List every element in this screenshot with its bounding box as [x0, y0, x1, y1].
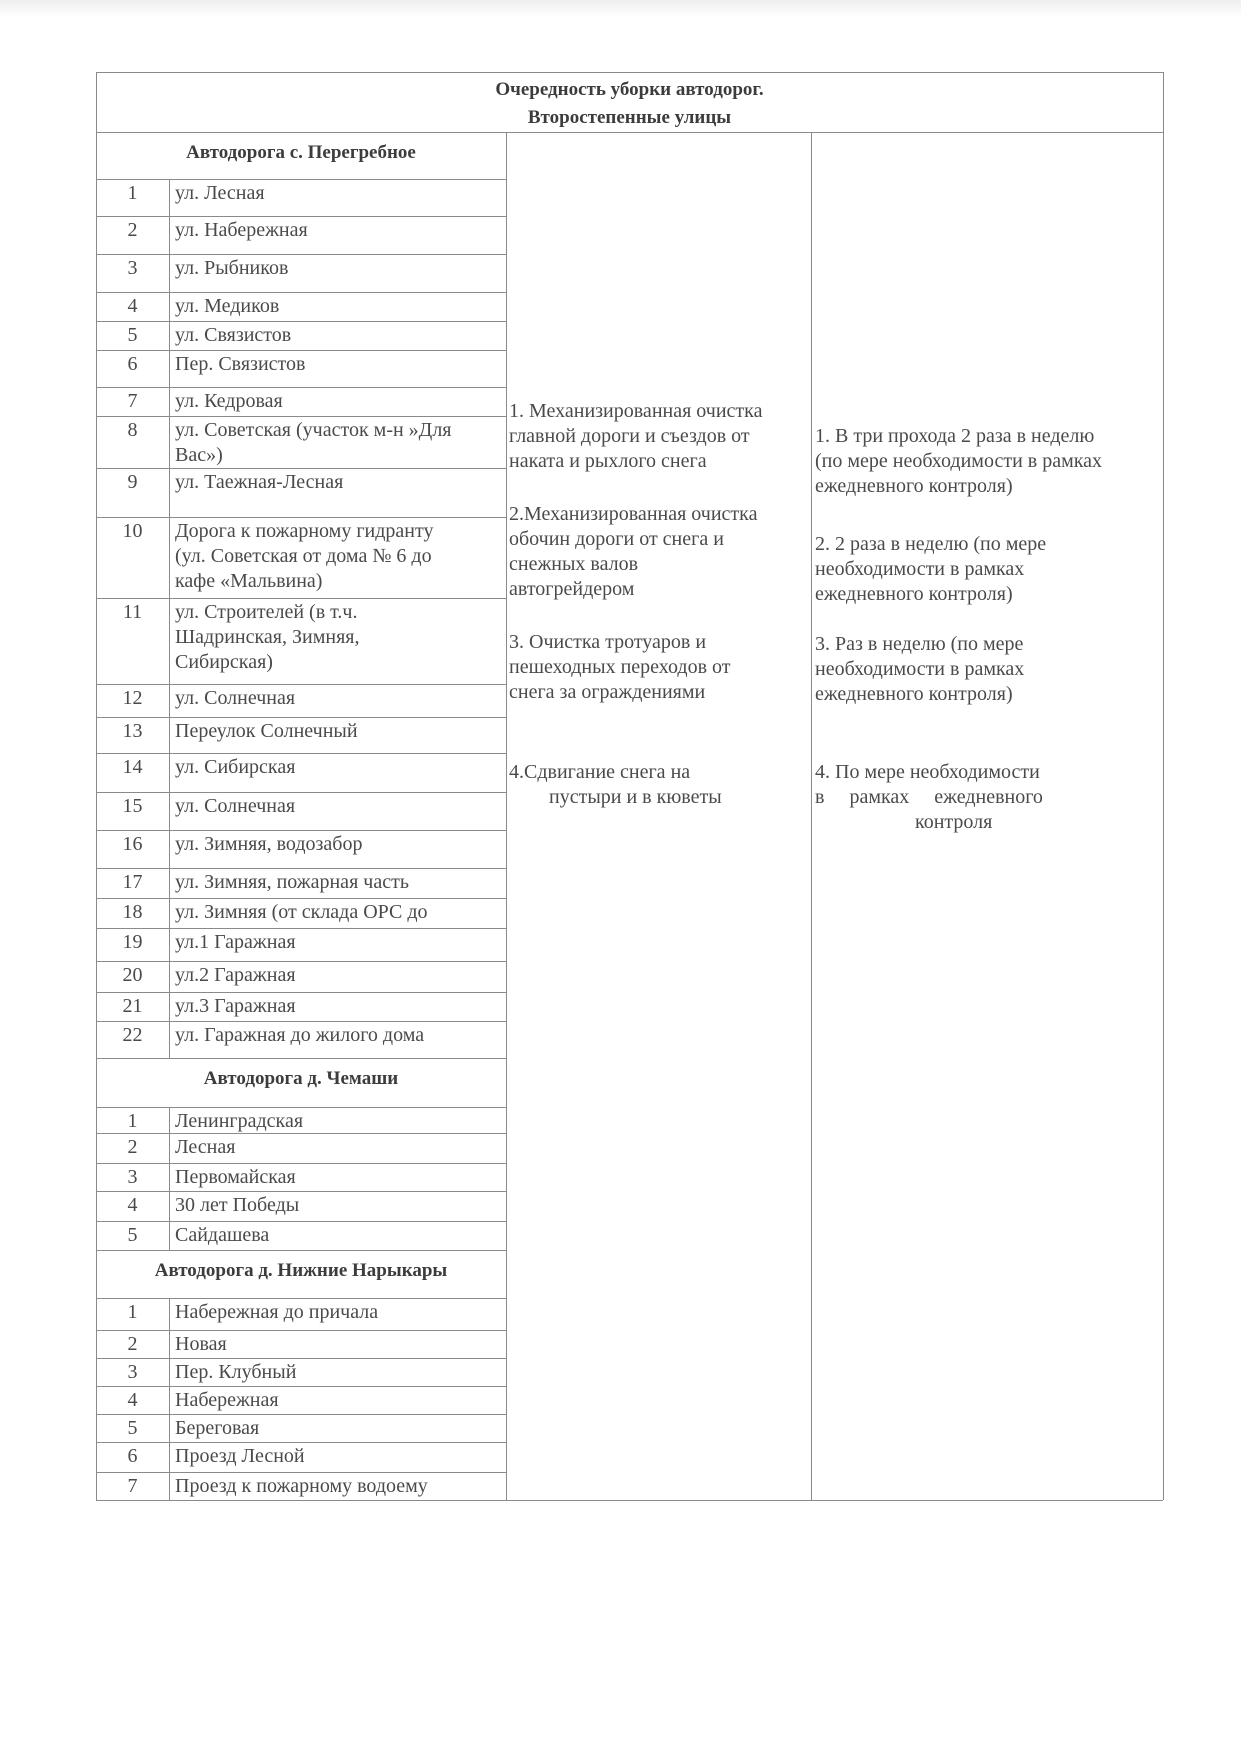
street-name-line: ул. Солнечная [175, 686, 295, 711]
frequency-item: 2. 2 раза в неделю (по меренеобходимости… [815, 532, 1046, 607]
row-number: 6 [96, 352, 169, 377]
section-heading: Автодорога д. Чемаши [96, 1066, 506, 1091]
street-name-line: Набережная [175, 1388, 279, 1413]
row-number: 4 [96, 1193, 169, 1218]
street-name-line: ул. Сибирская [175, 755, 295, 780]
street-name-line: ул. Рыбников [175, 256, 288, 281]
street-name-line: ул. Медиков [175, 294, 279, 319]
section-heading: Автодорога д. Нижние Нарыкары [96, 1258, 506, 1283]
table-row: 430 лет Победы [96, 1191, 506, 1221]
row-number: 18 [96, 900, 169, 925]
row-number: 15 [96, 794, 169, 819]
street-name: ул. Рыбников [175, 256, 288, 281]
table-row: 5Сайдашева [96, 1221, 506, 1250]
table-row: 5ул. Связистов [96, 321, 506, 350]
street-name: Первомайская [175, 1165, 296, 1190]
frequency-item-line: ежедневного контроля) [815, 582, 1046, 607]
frequency-item-line: ежедневного контроля) [815, 474, 1102, 499]
frequency-item-line: (по мере необходимости в рамках [815, 449, 1102, 474]
street-name-line: ул. Зимняя, водозабор [175, 832, 362, 857]
street-name: Пер. Связистов [175, 352, 305, 377]
table-row: 4ул. Медиков [96, 292, 506, 321]
work-item-line: пешеходных переходов от [509, 655, 731, 680]
street-name: ул. Сибирская [175, 755, 295, 780]
street-name-line: Ленинградская [175, 1109, 303, 1134]
street-name: ул. Гаражная до жилого дома [175, 1023, 424, 1048]
row-border [96, 1058, 506, 1059]
table-row: 3Пер. Клубный [96, 1358, 506, 1386]
street-name: ул. Таежная-Лесная [175, 470, 343, 495]
work-item: 2.Механизированная очисткаобочин дороги … [509, 502, 757, 602]
work-item-line: наката и рыхлого снега [509, 449, 762, 474]
row-number: 3 [96, 256, 169, 281]
work-item-line: пустыри и в кюветы [509, 785, 722, 810]
street-name: ул. Набережная [175, 218, 308, 243]
street-name-line: Набережная до причала [175, 1300, 378, 1325]
table-row: 11ул. Строителей (в т.ч.Шадринская, Зимн… [96, 598, 506, 684]
table-row: 16ул. Зимняя, водозабор [96, 830, 506, 868]
row-number: 21 [96, 994, 169, 1019]
street-name-line: Первомайская [175, 1165, 296, 1190]
street-name: ул.3 Гаражная [175, 994, 296, 1019]
street-name: ул. Зимняя, водозабор [175, 832, 362, 857]
street-name-line: ул. Таежная-Лесная [175, 470, 343, 495]
table-row: 22ул. Гаражная до жилого дома [96, 1021, 506, 1058]
table-right-border [1163, 72, 1164, 1500]
street-name: ул. Медиков [175, 294, 279, 319]
row-border [96, 1500, 506, 1501]
row-number: 2 [96, 1135, 169, 1160]
street-name-line: Береговая [175, 1416, 259, 1441]
frequency-item-line: ежедневного контроля) [815, 682, 1024, 707]
row-number: 3 [96, 1165, 169, 1190]
street-name-line: Проезд Лесной [175, 1444, 305, 1469]
street-name-line: ул. Лесная [175, 181, 265, 206]
row-number: 6 [96, 1444, 169, 1469]
row-number: 16 [96, 832, 169, 857]
row-number: 4 [96, 294, 169, 319]
street-name: ул. Советская (участок м-н »ДляВас») [175, 418, 452, 468]
row-number: 2 [96, 1332, 169, 1357]
table-row: 10Дорога к пожарному гидранту(ул. Советс… [96, 517, 506, 598]
table-row: 2Лесная [96, 1133, 506, 1163]
row-number: 17 [96, 870, 169, 895]
frequency-item-line: необходимости в рамках [815, 557, 1046, 582]
street-name: ул. Связистов [175, 323, 291, 348]
street-name: Сайдашева [175, 1223, 269, 1248]
street-name: Пер. Клубный [175, 1360, 296, 1385]
street-name: Новая [175, 1332, 227, 1357]
work-item-line: 2.Механизированная очистка [509, 502, 757, 527]
street-name-line: Дорога к пожарному гидранту [175, 519, 433, 544]
street-name-line: ул.2 Гаражная [175, 963, 296, 988]
row-number: 1 [96, 1300, 169, 1325]
street-name: ул. Строителей (в т.ч.Шадринская, Зимняя… [175, 600, 359, 675]
street-name: ул. Зимняя, пожарная часть [175, 870, 409, 895]
work-item-line: автогрейдером [509, 577, 757, 602]
work-item-line: 1. Механизированная очистка [509, 399, 762, 424]
street-name-line: ул. Набережная [175, 218, 308, 243]
street-name-line: 30 лет Победы [175, 1193, 299, 1218]
table-row: 7Проезд к пожарному водоему [96, 1472, 506, 1500]
row-number: 7 [96, 389, 169, 414]
table-row: 6Проезд Лесной [96, 1442, 506, 1472]
table-row: 17ул. Зимняя, пожарная часть [96, 868, 506, 898]
row-number: 5 [96, 1416, 169, 1441]
street-name-line: ул. Гаражная до жилого дома [175, 1023, 424, 1048]
street-name-line: ул. Солнечная [175, 794, 295, 819]
street-name: 30 лет Победы [175, 1193, 299, 1218]
table-row: 4Набережная [96, 1386, 506, 1414]
street-name: Дорога к пожарному гидранту(ул. Советска… [175, 519, 433, 594]
document-page: Очередность уборки автодорог. Второстепе… [0, 0, 1241, 1754]
frequency-item: 4. По мере необходимостив рамках ежеднев… [815, 760, 1043, 835]
street-name-line: Шадринская, Зимняя, [175, 625, 359, 650]
row-number: 20 [96, 963, 169, 988]
street-name: Набережная до причала [175, 1300, 378, 1325]
table-row: 21ул.3 Гаражная [96, 992, 506, 1021]
row-border [96, 1250, 506, 1251]
table-row: 2ул. Набережная [96, 216, 506, 254]
title-line-2: Второстепенные улицы [96, 104, 1163, 132]
frequency-item-line: в рамках ежедневного [815, 785, 1043, 810]
row-number: 22 [96, 1023, 169, 1048]
street-name: ул. Зимняя (от склада ОРС до [175, 900, 428, 925]
work-item-line: снежных валов [509, 552, 757, 577]
table-row: 9ул. Таежная-Лесная [96, 468, 506, 517]
work-item: 3. Очистка тротуаров ипешеходных переход… [509, 630, 731, 705]
row-number: 7 [96, 1474, 169, 1499]
table-title: Очередность уборки автодорог. Второстепе… [96, 76, 1163, 132]
table-row: 15ул. Солнечная [96, 792, 506, 830]
row-number: 13 [96, 719, 169, 744]
street-name-line: Пер. Клубный [175, 1360, 296, 1385]
work-item-line: снега за ограждениями [509, 680, 731, 705]
frequency-item: 3. Раз в неделю (по меренеобходимости в … [815, 632, 1024, 707]
table-row: 8ул. Советская (участок м-н »ДляВас») [96, 416, 506, 468]
street-name: ул.2 Гаражная [175, 963, 296, 988]
street-name: Лесная [175, 1135, 235, 1160]
street-name-line: ул. Кедровая [175, 389, 283, 414]
street-name-line: Сибирская) [175, 650, 359, 675]
street-name-line: ул. Связистов [175, 323, 291, 348]
work-item-line: главной дороги и съездов от [509, 424, 762, 449]
table-row: 19ул.1 Гаражная [96, 928, 506, 961]
table-row: 1Набережная до причала [96, 1298, 506, 1330]
street-name-line: Лесная [175, 1135, 235, 1160]
street-name: Набережная [175, 1388, 279, 1413]
table-row: 3ул. Рыбников [96, 254, 506, 292]
frequency-item-line: 1. В три прохода 2 раза в неделю [815, 424, 1102, 449]
table-row: 5Береговая [96, 1414, 506, 1442]
row-number: 14 [96, 755, 169, 780]
work-item: 1. Механизированная очисткаглавной дорог… [509, 399, 762, 474]
row-number: 11 [96, 600, 169, 625]
table-row: 18ул. Зимняя (от склада ОРС до [96, 898, 506, 928]
column-divider-frequency [811, 132, 812, 1500]
table-row: 20ул.2 Гаражная [96, 961, 506, 992]
work-item-line: 3. Очистка тротуаров и [509, 630, 731, 655]
row-number: 1 [96, 1109, 169, 1134]
street-name: ул.1 Гаражная [175, 930, 296, 955]
table-row: 6Пер. Связистов [96, 350, 506, 387]
row-number: 2 [96, 218, 169, 243]
frequency-item-line: 4. По мере необходимости [815, 760, 1043, 785]
table-row: 14ул. Сибирская [96, 753, 506, 792]
row-number: 9 [96, 470, 169, 495]
table-row: 12ул. Солнечная [96, 684, 506, 717]
title-line-1: Очередность уборки автодорог. [96, 76, 1163, 104]
work-item-line: 4.Сдвигание снега на [509, 760, 722, 785]
column-divider-works [506, 132, 507, 1500]
row-number: 4 [96, 1388, 169, 1413]
street-name-line: ул. Зимняя (от склада ОРС до [175, 900, 428, 925]
street-name-line: Новая [175, 1332, 227, 1357]
street-name-line: Переулок Солнечный [175, 719, 358, 744]
street-name-line: ул. Строителей (в т.ч. [175, 600, 359, 625]
street-name-line: Проезд к пожарному водоему [175, 1474, 428, 1499]
row-number: 12 [96, 686, 169, 711]
frequency-item-line: контроля [815, 810, 1043, 835]
row-number: 5 [96, 323, 169, 348]
frequency-item-line: 2. 2 раза в неделю (по мере [815, 532, 1046, 557]
street-name: ул. Лесная [175, 181, 265, 206]
street-name: ул. Кедровая [175, 389, 283, 414]
table-row: 13Переулок Солнечный [96, 717, 506, 753]
frequency-item-line: необходимости в рамках [815, 657, 1024, 682]
street-name: ул. Солнечная [175, 686, 295, 711]
table-row: 2Новая [96, 1330, 506, 1358]
street-name-line: (ул. Советская от дома № 6 до [175, 544, 433, 569]
work-item: 4.Сдвигание снега на пустыри и в кюветы [509, 760, 722, 810]
frequency-item-line: 3. Раз в неделю (по мере [815, 632, 1024, 657]
table-row: 7ул. Кедровая [96, 387, 506, 416]
street-name: ул. Солнечная [175, 794, 295, 819]
street-name-line: Пер. Связистов [175, 352, 305, 377]
street-name-line: ул. Зимняя, пожарная часть [175, 870, 409, 895]
table-top-border [96, 72, 1163, 73]
row-number: 1 [96, 181, 169, 206]
frequency-item: 1. В три прохода 2 раза в неделю(по мере… [815, 424, 1102, 499]
work-item-line: обочин дороги от снега и [509, 527, 757, 552]
street-name: Береговая [175, 1416, 259, 1441]
street-name: Проезд к пожарному водоему [175, 1474, 428, 1499]
street-name-line: Сайдашева [175, 1223, 269, 1248]
header-bottom-border [96, 132, 1163, 133]
street-name-line: кафе «Мальвина) [175, 569, 433, 594]
street-name-line: ул.1 Гаражная [175, 930, 296, 955]
table-row: 3Первомайская [96, 1163, 506, 1191]
table-row: 1Ленинградская [96, 1107, 506, 1133]
street-name: Ленинградская [175, 1109, 303, 1134]
table-bottom-border [506, 1500, 1163, 1501]
table-row: 1ул. Лесная [96, 179, 506, 216]
row-number: 3 [96, 1360, 169, 1385]
street-name: Проезд Лесной [175, 1444, 305, 1469]
street-name-line: ул. Советская (участок м-н »Для [175, 418, 452, 443]
street-name-line: ул.3 Гаражная [175, 994, 296, 1019]
street-name: Переулок Солнечный [175, 719, 358, 744]
section-heading: Автодорога с. Перегребное [96, 140, 506, 165]
street-name-line: Вас») [175, 443, 452, 468]
row-number: 5 [96, 1223, 169, 1248]
row-number: 8 [96, 418, 169, 443]
row-number: 10 [96, 519, 169, 544]
row-number: 19 [96, 930, 169, 955]
